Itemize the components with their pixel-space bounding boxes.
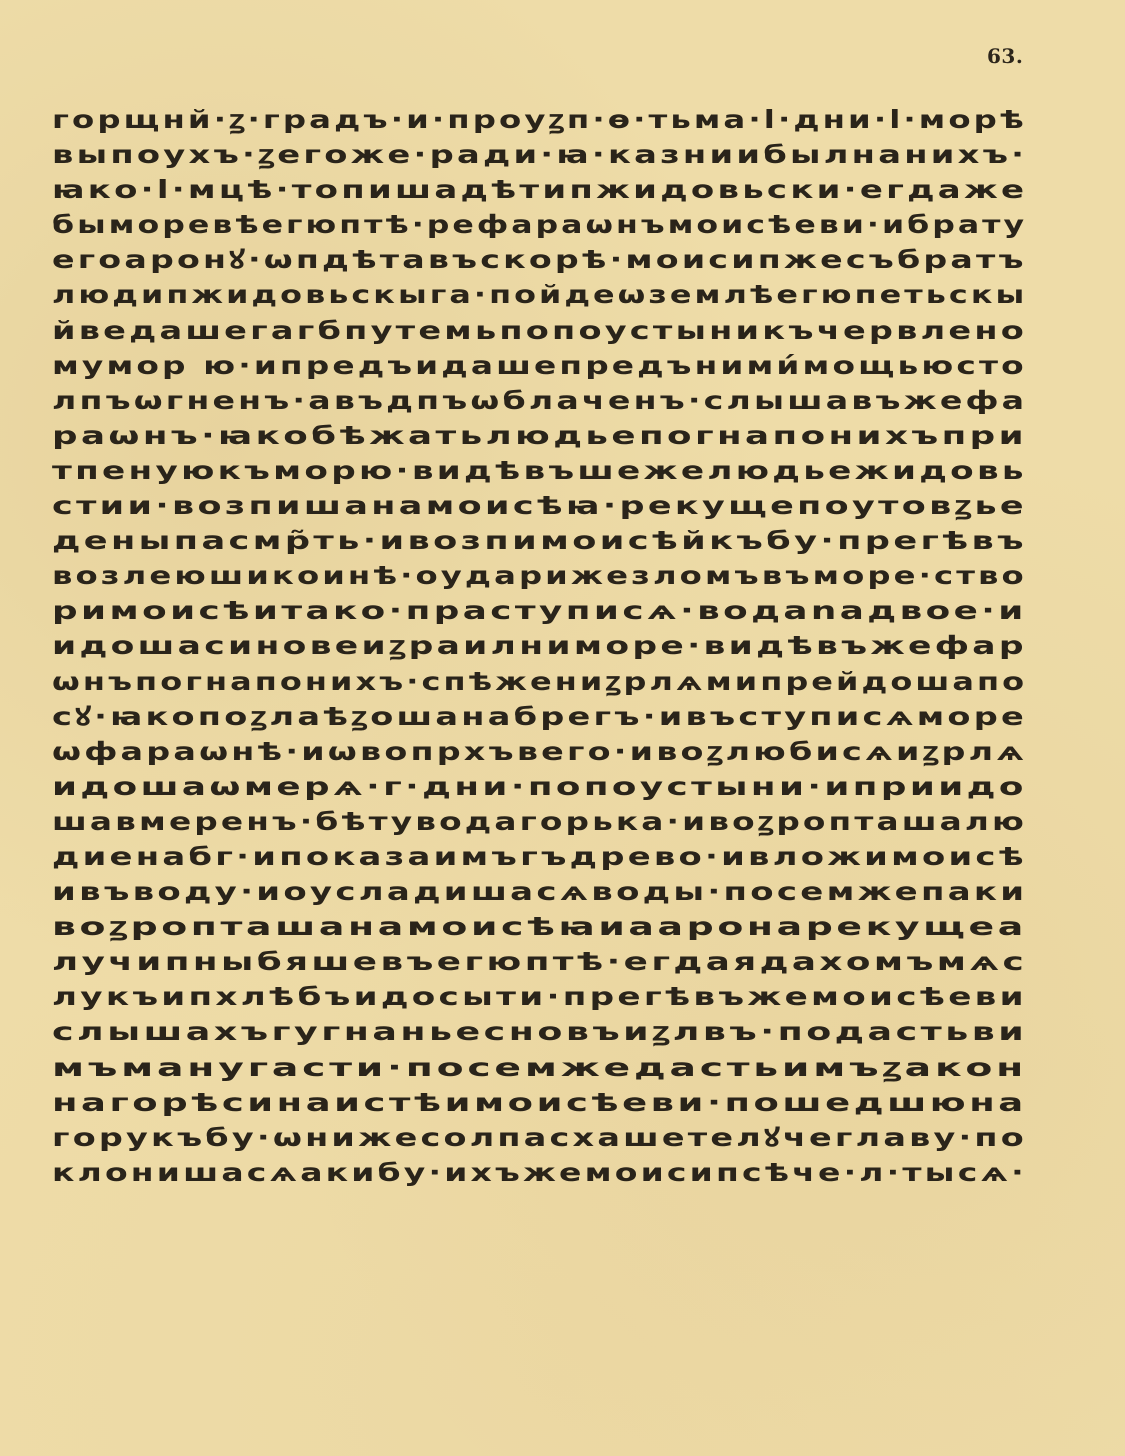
text-line: воꙁропташанамоисѣꙗиааронарекущеа <box>52 909 1027 944</box>
text-line: идошасиновеиꙁраилниморе·видѣвъжефар <box>52 628 1027 663</box>
text-line: ѡфараѡнѣ·иѡвопрхъвего·ивоꙁлюбисѧиꙁрлѧ <box>52 734 1027 769</box>
text-line: римоисѣитако·праступисѧ·водаnадвое·и <box>52 593 1027 628</box>
text-line: раѡнъ·ꙗкобѣжатьлюдьепогнапонихъпри <box>52 418 1027 453</box>
text-line: идошаѡмерѧ·г·дни·попоустыни·иприидо <box>52 769 1027 804</box>
text-line: быморевѣегюптѣ·рефараѡнъмоисѣеви·ибрату <box>52 207 1027 242</box>
manuscript-text-block: горщнй·ꙁ·градъ·и·проуꙁп·ѳ·тьма·ӏ·дни·ӏ·м… <box>52 102 1027 1190</box>
text-line: клонишасѧакибу·ихъжемоисипсѣче·л·тысѧ· <box>52 1155 1027 1190</box>
text-line: выпоухъ·ꙁегоже·ради·ꙗ·казниибылнанихъ· <box>52 137 1027 172</box>
text-line: горукъбу·ѡнижесолпасхашетелꙋчеглаву·по <box>52 1120 1027 1155</box>
text-line: йведашегагбпутемьпопоустыникъчервлено <box>52 313 1027 348</box>
text-line: лпъѡгненъ·авъдпъѡблаченъ·слышавъжефа <box>52 383 1027 418</box>
text-line: мумор ю·ипредъидашепредъними́мощьюсто <box>52 348 1027 383</box>
text-line: слышахъгугнаньесновъиꙁлвъ·подастьви <box>52 1014 1027 1049</box>
text-line: лукъипхлѣбъидосыти·прегѣвъжемоисѣеви <box>52 979 1027 1014</box>
text-line: деныпасмр̃ть·ивозпимоисѣйкъбу·прегѣвъ <box>52 523 1027 558</box>
text-line: диенабг·ипоказаимъгъдрево·ивложимоисѣ <box>52 839 1027 874</box>
manuscript-page: 63. горщнй·ꙁ·градъ·и·проуꙁп·ѳ·тьма·ӏ·дни… <box>0 0 1125 1456</box>
text-line: мъманугасти·посемжедастьимъꙁакон <box>52 1050 1027 1085</box>
text-line: нагорѣсинаистѣимоисѣеви·пошедшюна <box>52 1085 1027 1120</box>
blank-margin <box>0 1200 1125 1456</box>
text-line: стии·возпишанамоисѣꙗ·рекущепоутовꙁье <box>52 488 1027 523</box>
text-line: людипжидовьскыга·пойдеѡземлѣегюпетьскы <box>52 277 1027 312</box>
text-line: егоаронꙋ·ѡпдѣтавъскорѣ·моисипжесъбратъ <box>52 242 1027 277</box>
text-line: возлеюшикоинѣ·оударижезломъвъморе·ство <box>52 558 1027 593</box>
page-number: 63. <box>987 44 1023 68</box>
text-line: шавмеренъ·бѣтуводагорька·ивоꙁропташалю <box>52 804 1027 839</box>
text-line: сꙋ·ꙗкопоꙁлаѣꙁошанабрегъ·ивъступисѧморе <box>52 699 1027 734</box>
text-line: тпенуюкъморю·видѣвъшежелюдьежидовь <box>52 453 1027 488</box>
text-line: ѡнъпогнапонихъ·спѣжениꙁрлѧмипрейдошапо <box>52 664 1027 699</box>
text-line: горщнй·ꙁ·градъ·и·проуꙁп·ѳ·тьма·ӏ·дни·ӏ·м… <box>52 102 1027 137</box>
text-line: лучипныбяшевъегюптѣ·егдаядахомъмѧс <box>52 944 1027 979</box>
text-line: ꙗко·ӏ·мцѣ·топишадѣтипжидовьски·егдаже <box>52 172 1027 207</box>
text-line: ивъводу·иоусладишасѧводы·посемжепаки <box>52 874 1027 909</box>
